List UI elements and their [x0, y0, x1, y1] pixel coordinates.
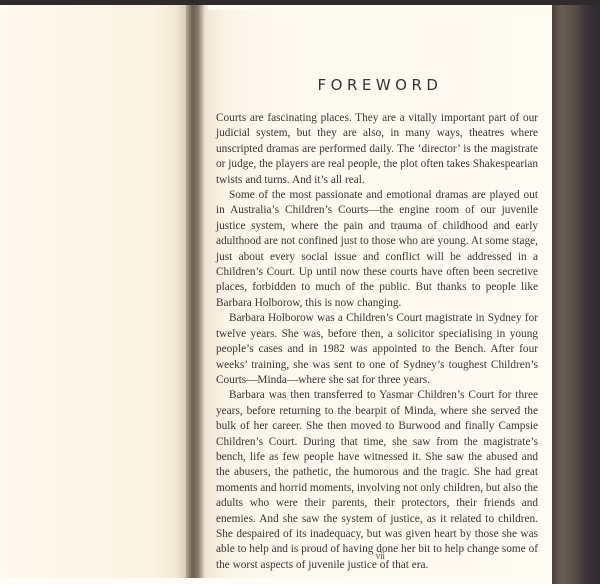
chapter-title: FOREWORD — [205, 76, 555, 94]
page-number: vii — [360, 551, 400, 562]
paragraph-2: Some of the most passionate and emotiona… — [216, 188, 538, 311]
paragraph-4: Barbara was then transferred to Yasmar C… — [216, 388, 538, 573]
foreword-body: Courts are fascinating places. They are … — [216, 111, 538, 573]
scan-bottom-edge — [0, 578, 552, 584]
paragraph-1: Courts are fascinating places. They are … — [216, 111, 538, 188]
paragraph-3: Barbara Holborow was a Children’s Court … — [216, 311, 538, 388]
left-page-blank — [0, 5, 192, 584]
book-page-edges — [552, 5, 600, 584]
